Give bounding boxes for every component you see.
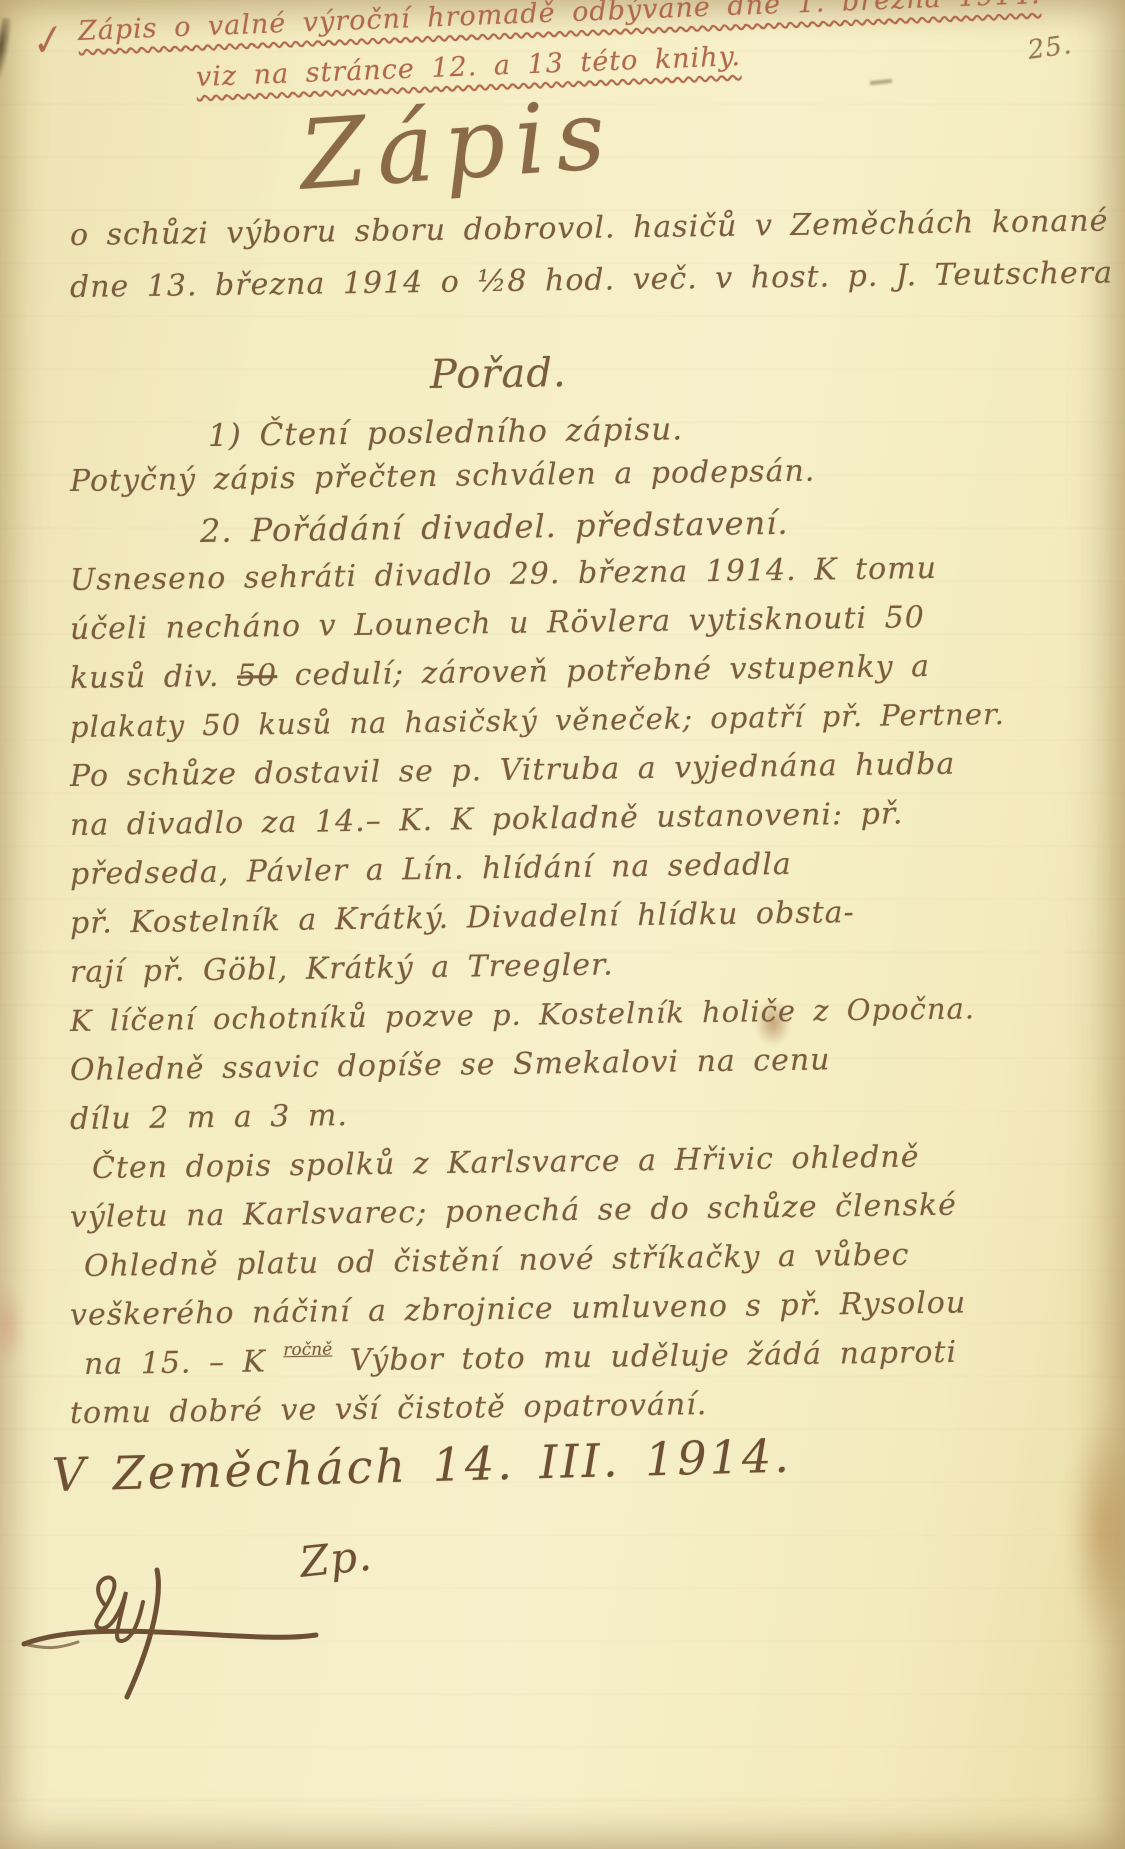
body-line: kusů div. 50 cedulí; zároveň potřebné vs… xyxy=(70,649,931,696)
body-line: Čten dopis spolků z Karlsvarce a Hřivic … xyxy=(92,1139,920,1186)
agenda-item-2: 2. Pořádání divadel. představení. xyxy=(200,504,789,550)
struck-word: 50 xyxy=(237,658,278,694)
body-line: rají př. Göbl, Krátký a Treegler. xyxy=(70,947,614,990)
body-text: kusů div. xyxy=(70,659,220,696)
annotation-line-2: viz na stránce 12. a 13 této knihy. xyxy=(195,41,741,93)
signature-flourish xyxy=(8,1562,408,1772)
body-text: Výbor toto mu uděluje žádá naproti xyxy=(350,1335,958,1378)
pencil-mark xyxy=(870,79,892,85)
body-line: Po schůze dostavil se p. Vitruba a vyjed… xyxy=(70,747,956,794)
paper-stain-left xyxy=(0,1285,24,1365)
intro-line: o schůzi výboru sboru dobrovol. hasičů v… xyxy=(70,204,1109,253)
body-line: tomu dobré ve vší čistotě opatrování. xyxy=(70,1387,708,1431)
margin-checkmark: ✓ xyxy=(23,15,68,67)
body-line: výletu na Karlsvarec; ponechá se do schů… xyxy=(70,1188,957,1235)
manuscript-page: ✓ Zápis o valné výroční hromadě odbývané… xyxy=(0,0,1125,1849)
agenda-item-1: 1) Čtení posledního zápisu. xyxy=(208,411,684,454)
place-date-line: V Zeměchách 14. III. 1914. xyxy=(51,1429,792,1502)
agenda-item-1-result: Potyčný zápis přečten schválen a podepsá… xyxy=(70,454,816,499)
body-line: K líčení ochotníků pozve p. Kostelník ho… xyxy=(70,991,975,1038)
body-line: předseda, Pávler a Lín. hlídání na sedad… xyxy=(70,847,792,892)
page-number: 25. xyxy=(1026,30,1074,66)
body-text: na 15. – K xyxy=(84,1344,266,1382)
body-line: na 15. – K ročně Výbor toto mu uděluje ž… xyxy=(84,1335,958,1382)
body-line: veškerého náčiní a zbrojnice umluveno s … xyxy=(70,1285,967,1333)
body-line: př. Kostelník a Krátký. Divadelní hlídku… xyxy=(70,895,855,941)
intro-line: dne 13. března 1914 o ½8 hod. več. v hos… xyxy=(70,255,1113,305)
annotation-line-1: Zápis o valné výroční hromadě odbývané d… xyxy=(77,0,1041,47)
body-line: Ohledně platu od čistění nové stříkačky … xyxy=(84,1237,910,1284)
body-line: plakaty 50 kusů na hasičský věneček; opa… xyxy=(70,697,1005,744)
body-line: dílu 2 m a 3 m. xyxy=(70,1098,348,1137)
body-line: Usneseno sehráti divadlo 29. března 1914… xyxy=(70,551,937,598)
inserted-word: ročně xyxy=(283,1340,332,1361)
paper-stain-right xyxy=(1069,1410,1125,1650)
binding-mark xyxy=(0,18,14,91)
body-text: cedulí; zároveň potřebné vstupenky a xyxy=(294,649,930,693)
body-line: Ohledně ssavic dopíše se Smekalovi na ce… xyxy=(70,1042,831,1088)
document-title: Zápis xyxy=(296,78,618,212)
body-line: na divadlo za 14.– K. K pokladně ustanov… xyxy=(70,796,904,843)
agenda-heading: Pořad. xyxy=(430,350,567,398)
body-line: účeli necháno v Lounech u Rövlera vytisk… xyxy=(70,600,925,647)
